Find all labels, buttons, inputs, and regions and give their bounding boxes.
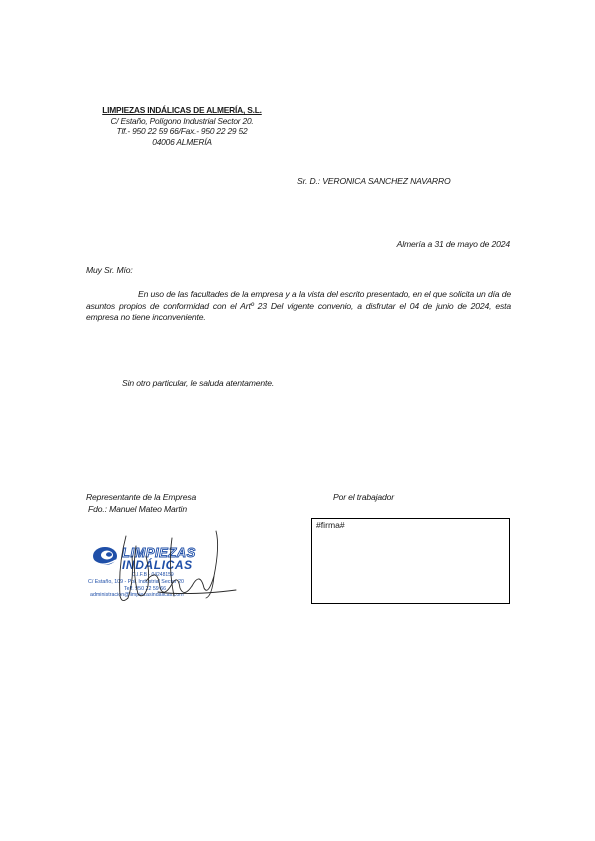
letter-body-text: En uso de las facultades de la empresa y… — [86, 289, 511, 322]
logo-swirl-icon — [93, 547, 117, 565]
letter-body: En uso de las facultades de la empresa y… — [86, 289, 511, 324]
company-postal-city: 04006 ALMERÍA — [82, 137, 282, 148]
stamp-graphic: LIMPIEZAS INDÁLICAS C.I.F.B - 04248159 C… — [88, 526, 238, 606]
worker-label: Por el trabajador — [333, 492, 394, 502]
company-address: C/ Estaño, Polígono Industrial Sector 20… — [82, 116, 282, 127]
salutation: Muy Sr. Mío: — [86, 265, 133, 275]
company-rep-label: Representante de la Empresa — [86, 492, 196, 502]
signature-placeholder: #firma# — [316, 520, 345, 530]
worker-signature-box[interactable]: #firma# — [311, 518, 510, 604]
company-name: LIMPIEZAS INDÁLICAS DE ALMERÍA, S.L. — [82, 105, 282, 116]
company-phone-fax: Tlf.- 950 22 59 66/Fax.- 950 22 29 52 — [82, 126, 282, 137]
closing: Sin otro particular, le saluda atentamen… — [122, 378, 274, 388]
date-line: Almería a 31 de mayo de 2024 — [397, 239, 510, 249]
letterhead: LIMPIEZAS INDÁLICAS DE ALMERÍA, S.L. C/ … — [82, 105, 282, 147]
recipient: Sr. D.: VERONICA SANCHEZ NAVARRO — [297, 176, 451, 186]
company-signer: Fdo.: Manuel Mateo Martin — [88, 504, 187, 514]
company-stamp: LIMPIEZAS INDÁLICAS C.I.F.B - 04248159 C… — [88, 526, 238, 606]
